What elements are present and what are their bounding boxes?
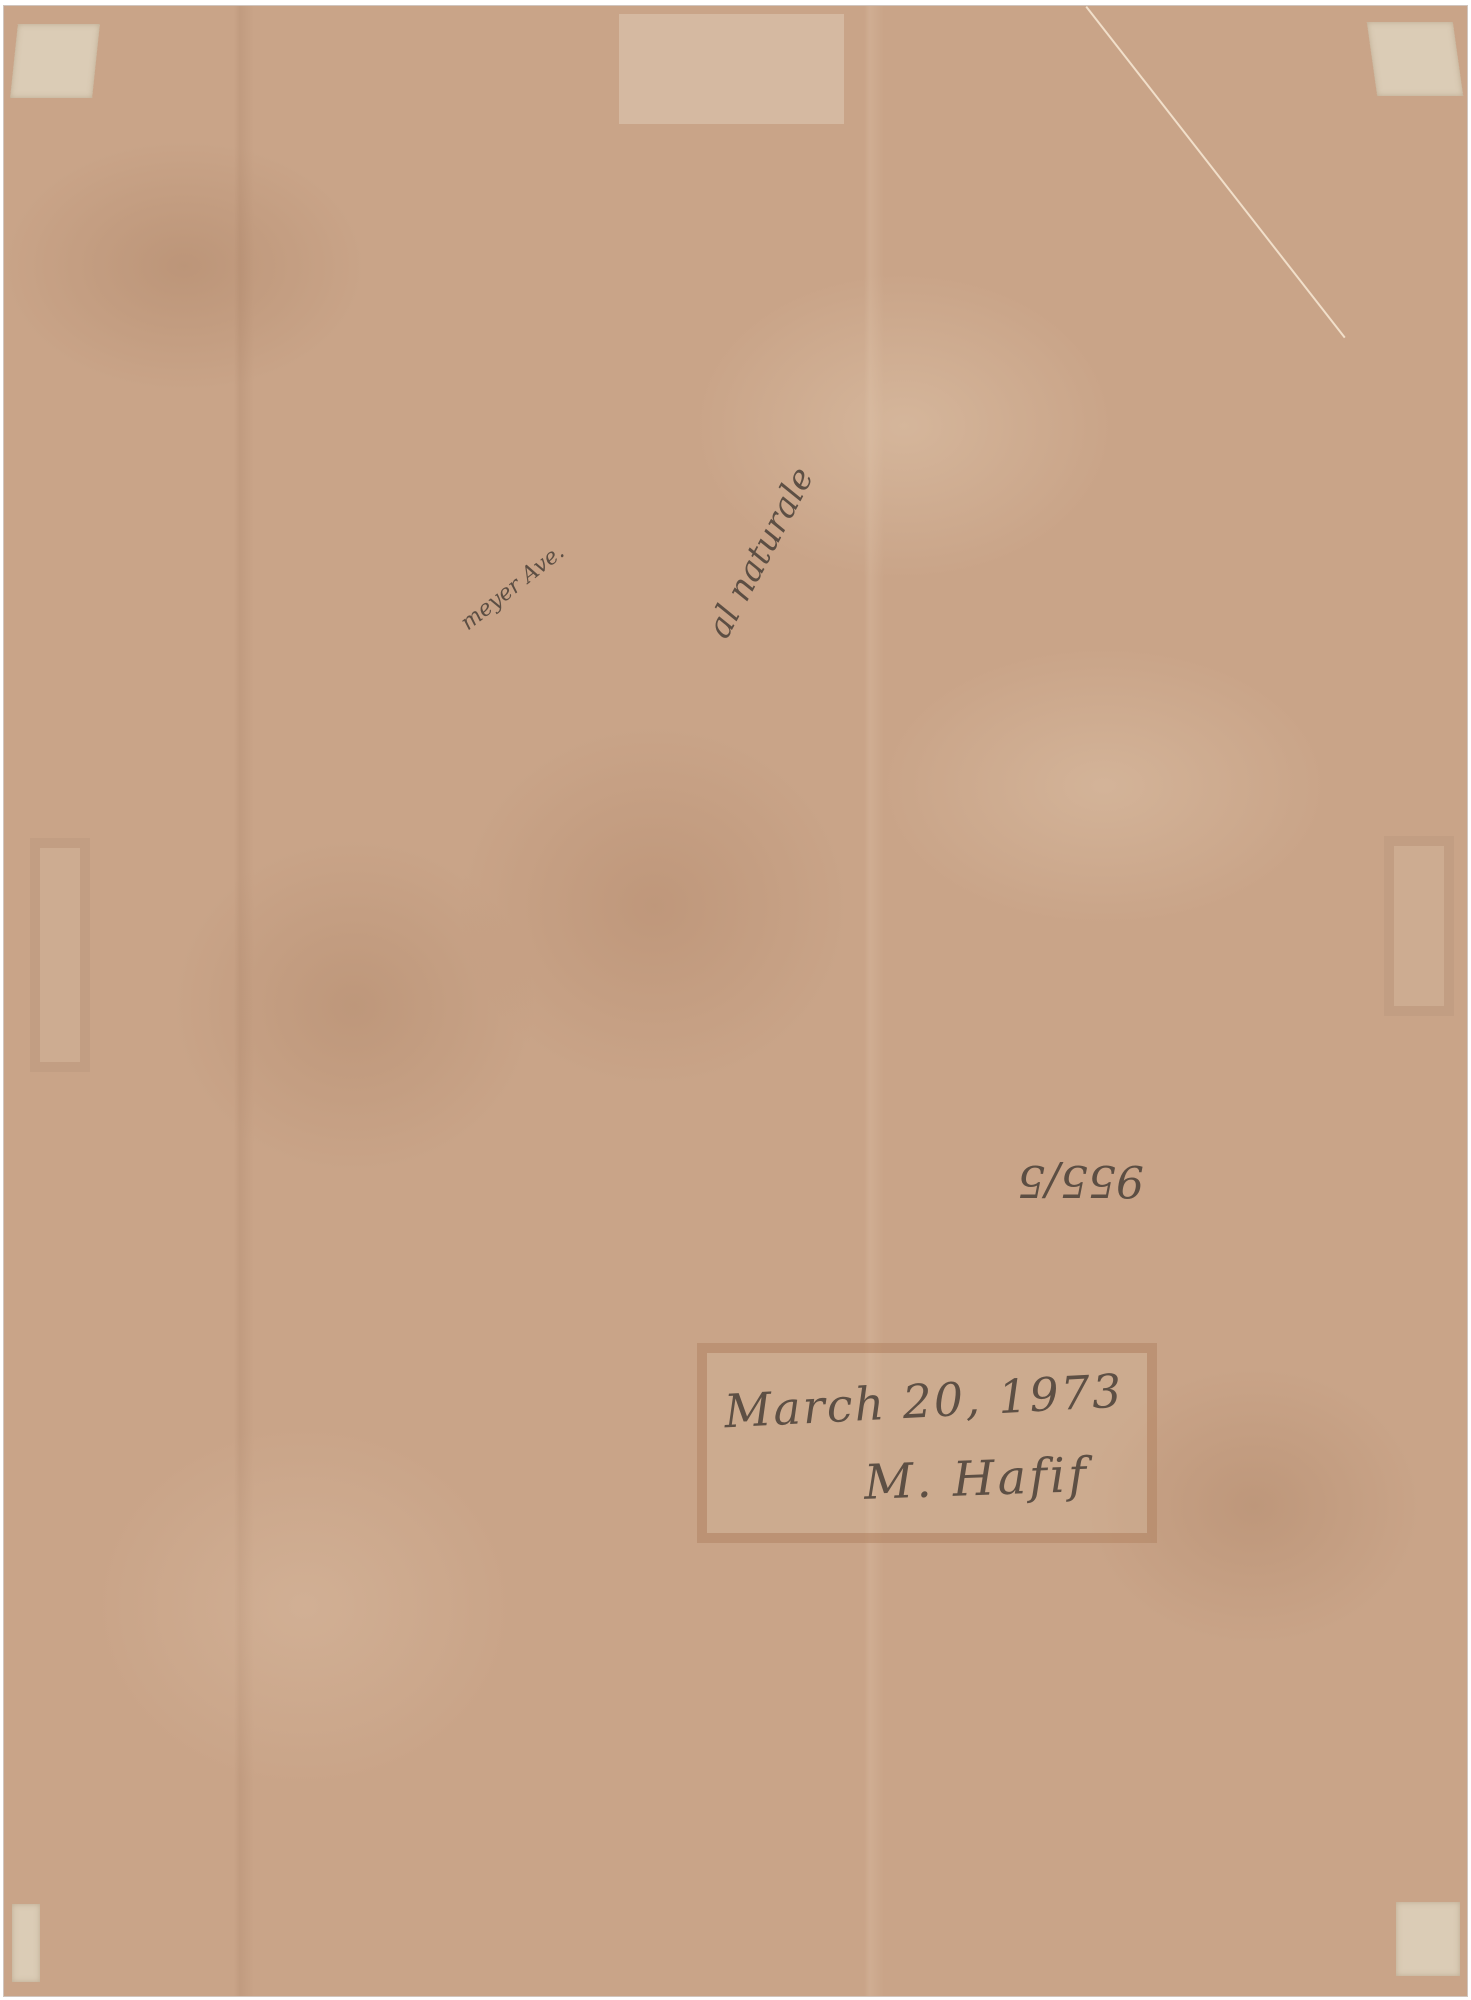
inscription-note-right: al naturale	[699, 461, 822, 645]
tape-stain-right	[1384, 836, 1454, 1016]
inscription-note-left: meyer Ave.	[456, 539, 569, 635]
corner-crease	[1085, 6, 1345, 338]
inscription-signature: M. Hafif	[863, 1447, 1090, 1511]
tape-bottom-left	[12, 1904, 40, 1982]
tape-bottom-right	[1396, 1902, 1460, 1976]
tape-stain-top-center	[619, 14, 844, 124]
tape-stain-left	[30, 838, 90, 1072]
inscription-inventory-number: 955/5	[1017, 1155, 1144, 1206]
paper-sheet: March 20, 1973 M. Hafif meyer Ave. al na…	[4, 6, 1467, 1996]
tape-top-right	[1367, 22, 1463, 96]
tape-top-left	[10, 24, 100, 98]
